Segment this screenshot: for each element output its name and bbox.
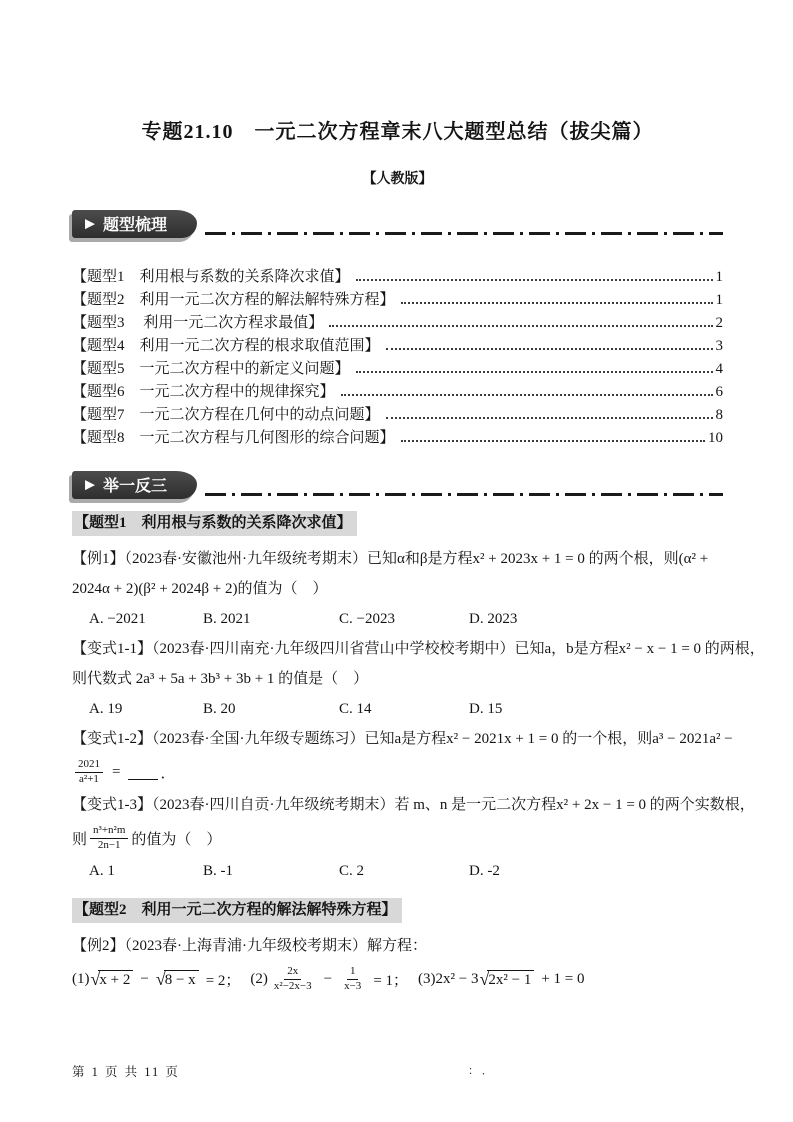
fraction-denominator: x−3 bbox=[341, 980, 364, 994]
toc-item-page: 8 bbox=[716, 407, 724, 424]
document-page: 专题21.10 一元二次方程章末八大题型总结（拔尖篇） 【人教版】 ▶ 题型梳理… bbox=[0, 0, 793, 1122]
fraction-numerator: 2x bbox=[284, 965, 301, 980]
section-heading-1: 【题型1 利用根与系数的关系降次求值】 bbox=[72, 511, 723, 536]
fraction-numerator: 1 bbox=[347, 965, 359, 980]
radicand: 2x² − 1 bbox=[487, 970, 534, 989]
section-heading-1-text: 【题型1 利用根与系数的关系降次求值】 bbox=[72, 511, 357, 536]
variant1-1-line2: 则代数式 2a³ + 5a + 3b³ + 3b + 1 的值是（ ） bbox=[72, 664, 723, 694]
eq1-prefix: (1) bbox=[72, 971, 90, 988]
period: ． bbox=[160, 762, 175, 783]
radicand: x + 2 bbox=[98, 970, 133, 989]
radical: √ x + 2 bbox=[91, 970, 134, 989]
toc-item: 【题型4 利用一元二次方程的根求取值范围】 3 bbox=[72, 334, 723, 357]
eq2-prefix: (2) bbox=[250, 971, 268, 988]
toc-item-page: 4 bbox=[716, 361, 724, 378]
fraction-numerator: 2021 bbox=[75, 758, 103, 773]
toc-item-page: 2 bbox=[716, 315, 724, 332]
toc-item: 【题型6 一元二次方程中的规律探究】 6 bbox=[72, 380, 723, 403]
footer-center-mark: ： ． bbox=[468, 1062, 493, 1078]
fraction-denominator: a²+1 bbox=[76, 773, 102, 787]
edition-label: 【人教版】 bbox=[72, 168, 723, 188]
eq3-tail: + 1 = 0 bbox=[541, 971, 584, 988]
dotted-leader bbox=[386, 417, 713, 419]
option-d: D. 15 bbox=[469, 694, 502, 724]
fraction: 2x x²−2x−3 bbox=[271, 965, 315, 994]
table-of-contents: 【题型1 利用根与系数的关系降次求值】 1 【题型2 利用一元二次方程的解法解特… bbox=[72, 265, 723, 449]
option-d: D. 2023 bbox=[469, 604, 517, 634]
dotted-leader bbox=[401, 440, 705, 442]
fraction: n³+n²m 2n−1 bbox=[90, 824, 128, 853]
tail-text: 的值为（ ） bbox=[131, 828, 221, 849]
section-heading-2: 【题型2 利用一元二次方程的解法解特殊方程】 bbox=[72, 898, 723, 923]
variant1-2-line1: 【变式1-2】（2023春·全国·九年级专题练习）已知a是方程x² − 2021… bbox=[72, 724, 723, 754]
option-b: B. -1 bbox=[203, 856, 339, 886]
dotted-leader bbox=[401, 302, 713, 304]
dash-dot-divider bbox=[205, 493, 723, 496]
fraction-denominator: 2n−1 bbox=[95, 839, 124, 853]
page-content: 专题21.10 一元二次方程章末八大题型总结（拔尖篇） 【人教版】 ▶ 题型梳理… bbox=[0, 115, 793, 997]
variant1-1-options: A. 19 B. 20 C. 14 D. 15 bbox=[72, 694, 723, 724]
toc-item: 【题型1 利用根与系数的关系降次求值】 1 bbox=[72, 265, 723, 288]
practice-banner-label: 举一反三 bbox=[103, 473, 167, 496]
answer-blank bbox=[128, 765, 158, 780]
outline-banner-row: ▶ 题型梳理 bbox=[72, 206, 723, 238]
option-b: B. 20 bbox=[203, 694, 339, 724]
variant1-3-line2: 则 n³+n²m 2n−1 的值为（ ） bbox=[72, 820, 723, 856]
radicand: 8 − x bbox=[164, 970, 199, 989]
eq2-tail: = 1； bbox=[373, 969, 408, 990]
toc-item-label: 【题型3 利用一元二次方程求最值】 bbox=[72, 311, 323, 332]
fraction-denominator: x²−2x−3 bbox=[271, 980, 315, 994]
dotted-leader bbox=[329, 325, 712, 327]
eq1-tail: = 2； bbox=[206, 969, 241, 990]
toc-item-label: 【题型4 利用一元二次方程的根求取值范围】 bbox=[72, 334, 380, 355]
dotted-leader bbox=[356, 371, 713, 373]
example1-options: A. −2021 B. 2021 C. −2023 D. 2023 bbox=[72, 604, 723, 634]
variant1-3-line1: 【变式1-3】（2023春·四川自贡·九年级统考期末）若 m、n 是一元二次方程… bbox=[72, 790, 723, 820]
option-a: A. 1 bbox=[89, 856, 203, 886]
toc-item-label: 【题型1 利用根与系数的关系降次求值】 bbox=[72, 265, 350, 286]
toc-item: 【题型2 利用一元二次方程的解法解特殊方程】 1 bbox=[72, 288, 723, 311]
option-a: A. −2021 bbox=[89, 604, 203, 634]
equals-sign: = bbox=[112, 764, 120, 781]
variant1-2-line2: 2021 a²+1 = ． bbox=[72, 754, 723, 790]
fraction: 1 x−3 bbox=[341, 965, 364, 994]
variant1-1-line1: 【变式1-1】（2023春·四川南充·九年级四川省营山中学校校考期中）已知a，b… bbox=[72, 634, 723, 664]
option-d: D. -2 bbox=[469, 856, 500, 886]
toc-item-page: 10 bbox=[708, 430, 723, 447]
variant1-3-options: A. 1 B. -1 C. 2 D. -2 bbox=[72, 856, 723, 886]
option-b: B. 2021 bbox=[203, 604, 339, 634]
toc-item-label: 【题型7 一元二次方程在几何中的动点问题】 bbox=[72, 403, 380, 424]
toc-item: 【题型3 利用一元二次方程求最值】 2 bbox=[72, 311, 723, 334]
example2-equations: (1) √ x + 2 − √ 8 − x = 2； (2) 2x x²−2x−… bbox=[72, 961, 723, 997]
toc-item-page: 1 bbox=[716, 269, 724, 286]
practice-banner-row: ▶ 举一反三 bbox=[72, 467, 723, 499]
example1-line2: 2024α + 2)(β² + 2024β + 2)的值为（ ） bbox=[72, 574, 723, 604]
dotted-leader bbox=[341, 394, 713, 396]
example1-line1: 【例1】（2023春·安徽池州·九年级统考期末）已知α和β是方程x² + 202… bbox=[72, 544, 723, 574]
toc-item: 【题型5 一元二次方程中的新定义问题】 4 bbox=[72, 357, 723, 380]
option-c: C. 14 bbox=[339, 694, 469, 724]
fraction: 2021 a²+1 bbox=[75, 758, 103, 787]
fraction-numerator: n³+n²m bbox=[90, 824, 128, 839]
outline-banner: ▶ 题型梳理 bbox=[72, 210, 197, 238]
practice-banner: ▶ 举一反三 bbox=[72, 471, 197, 499]
toc-item: 【题型8 一元二次方程与几何图形的综合问题】 10 bbox=[72, 426, 723, 449]
dash-dot-divider bbox=[205, 232, 723, 235]
minus-sign: − bbox=[324, 971, 332, 988]
minus-sign: − bbox=[140, 971, 148, 988]
toc-item-page: 3 bbox=[716, 338, 724, 355]
option-c: C. −2023 bbox=[339, 604, 469, 634]
play-icon: ▶ bbox=[85, 217, 95, 230]
play-icon: ▶ bbox=[85, 478, 95, 491]
dotted-leader bbox=[356, 279, 713, 281]
toc-item-page: 1 bbox=[716, 292, 724, 309]
toc-item-label: 【题型2 利用一元二次方程的解法解特殊方程】 bbox=[72, 288, 395, 309]
toc-item-label: 【题型5 一元二次方程中的新定义问题】 bbox=[72, 357, 350, 378]
toc-item-label: 【题型8 一元二次方程与几何图形的综合问题】 bbox=[72, 426, 395, 447]
toc-item-page: 6 bbox=[716, 384, 724, 401]
example2-line1: 【例2】（2023春·上海青浦·九年级校考期末）解方程： bbox=[72, 931, 723, 961]
outline-banner-label: 题型梳理 bbox=[103, 212, 167, 235]
radical: √ 8 − x bbox=[156, 970, 199, 989]
dotted-leader bbox=[386, 348, 713, 350]
page-footer: 第 1 页 共 11 页 bbox=[72, 1062, 180, 1080]
option-c: C. 2 bbox=[339, 856, 469, 886]
option-a: A. 19 bbox=[89, 694, 203, 724]
page-title: 专题21.10 一元二次方程章末八大题型总结（拔尖篇） bbox=[72, 115, 723, 144]
toc-item: 【题型7 一元二次方程在几何中的动点问题】 8 bbox=[72, 403, 723, 426]
lead-text: 则 bbox=[72, 828, 87, 849]
section-heading-2-text: 【题型2 利用一元二次方程的解法解特殊方程】 bbox=[72, 898, 402, 923]
eq3-prefix: (3)2x² − 3 bbox=[418, 971, 478, 988]
toc-item-label: 【题型6 一元二次方程中的规律探究】 bbox=[72, 380, 335, 401]
radical: √ 2x² − 1 bbox=[479, 970, 534, 989]
